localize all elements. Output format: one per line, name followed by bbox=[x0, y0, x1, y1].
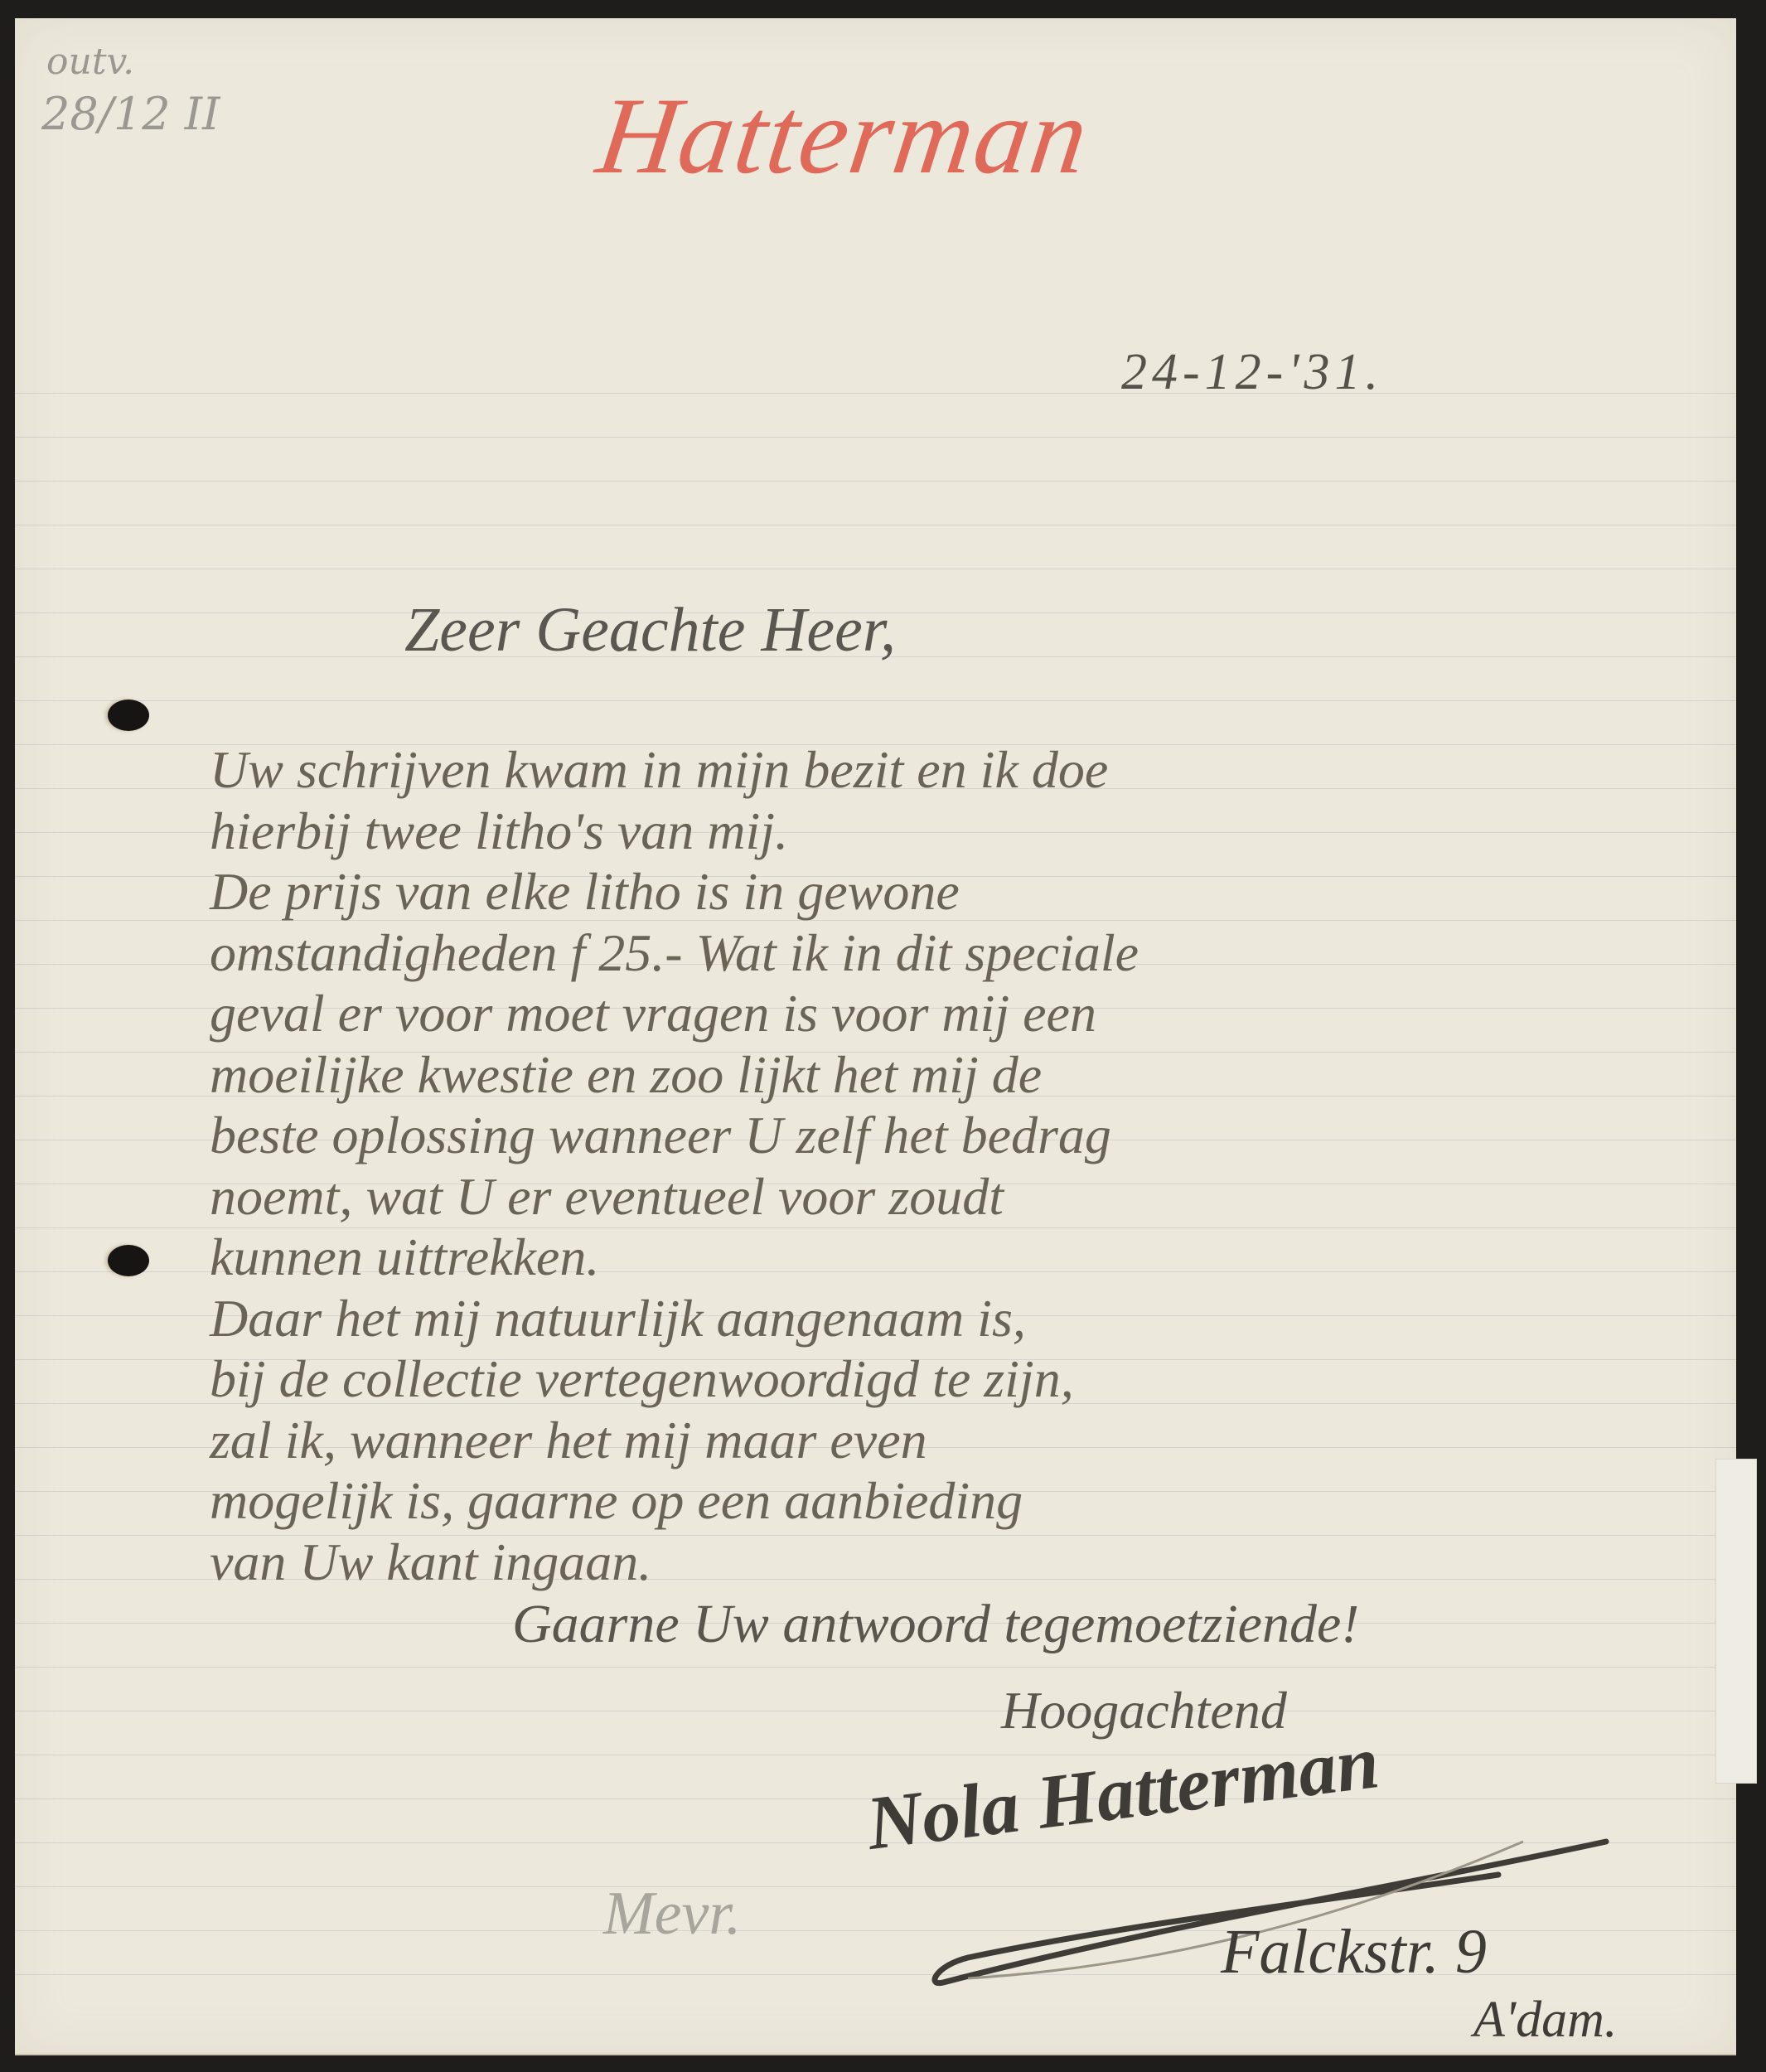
letter-date: 24-12-'31. bbox=[1121, 343, 1383, 402]
punch-hole-bottom bbox=[108, 1245, 149, 1276]
closing-line: Gaarne Uw antwoord tegemoetziende! bbox=[512, 1593, 1359, 1656]
body-line: kunnen uittrekken. bbox=[210, 1227, 1139, 1288]
address-city: A'dam. bbox=[1473, 1991, 1617, 2050]
archive-note-line2: 28/12 II bbox=[41, 91, 220, 138]
valediction: Hoogachtend bbox=[1001, 1680, 1287, 1741]
red-crayon-heading: Hatterman bbox=[590, 72, 1096, 199]
body-line: mogelijk is, gaarne op een aanbieding bbox=[210, 1470, 1139, 1532]
body-line: De prijs van elke litho is in gewone bbox=[210, 861, 1139, 922]
body-line: Uw schrijven kwam in mijn bezit en ik do… bbox=[210, 739, 1139, 801]
body-line: van Uw kant ingaan. bbox=[210, 1532, 1139, 1593]
body-line: beste oplossing wanneer U zelf het bedra… bbox=[210, 1105, 1139, 1166]
attached-paper-slip bbox=[1715, 1459, 1757, 1784]
archive-note-line1: outv. bbox=[46, 43, 134, 81]
letter-body: Uw schrijven kwam in mijn bezit en ik do… bbox=[210, 739, 1139, 1592]
body-line: bij de collectie vertegenwoordigd te zij… bbox=[210, 1348, 1139, 1410]
body-line: Daar het mij natuurlijk aangenaam is, bbox=[210, 1288, 1139, 1349]
title-prefix: Mevr. bbox=[603, 1879, 741, 1949]
body-line: hierbij twee litho's van mij. bbox=[210, 801, 1139, 862]
body-line: geval er voor moet vragen is voor mij ee… bbox=[210, 983, 1139, 1044]
punch-hole-top bbox=[108, 700, 149, 731]
body-line: noemt, wat U er eventueel voor zoudt bbox=[210, 1166, 1139, 1227]
body-line: zal ik, wanneer het mij maar even bbox=[210, 1410, 1139, 1471]
body-line: moeilijke kwestie en zoo lijkt het mij d… bbox=[210, 1044, 1139, 1106]
salutation: Zeer Geachte Heer, bbox=[404, 594, 896, 666]
letter-paper: outv. 28/12 II Hatterman 24-12-'31. Zeer… bbox=[15, 18, 1736, 2055]
address-street: Falckstr. 9 bbox=[1221, 1916, 1487, 1988]
body-line: omstandigheden f 25.- Wat ik in dit spec… bbox=[210, 922, 1139, 984]
